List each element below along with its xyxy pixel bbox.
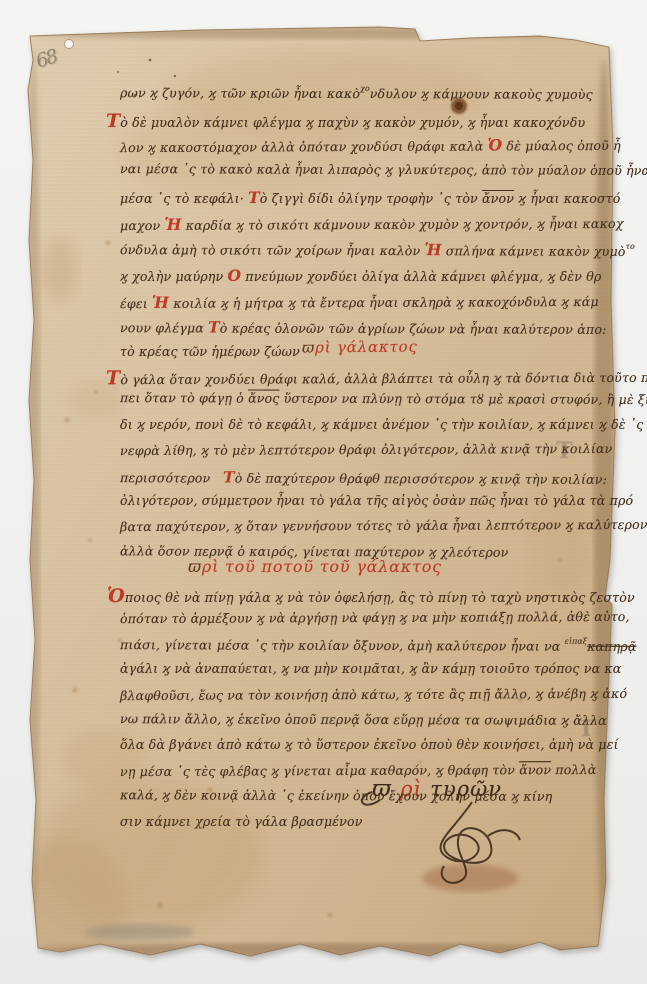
- manuscript-line: ὅλα δὰ βγάνει ἀπὸ κάτω ϗ τὸ ὕστερον ἐκεῖ…: [120, 737, 619, 752]
- manuscript-line: νῃ μέσα ᾿ς τὲς φλέβας ϗ γίνεται αἷμα καθ…: [120, 762, 596, 779]
- manuscript-line: ἀγάλι ϗ νὰ ἀναπαύεται, ϗ να μὴν κοιμᾶται…: [120, 661, 621, 676]
- manuscript-line: δι ϗ νερόν, πονὶ δὲ τὸ κεφάλι, ϗ κάμνει …: [120, 417, 647, 432]
- manuscript-line: ἀλλὰ ὅσον περνᾷ ὁ καιρός, γίνεται παχύτε…: [120, 543, 509, 559]
- manuscript-line: έφει Ἡ κοιλία ϗ ἡ μήτρα ϗ τὰ ἔντερα ἦναι…: [120, 291, 599, 312]
- manuscript-line: λον ϗ κακοστόμαχον ἀλλὰ ὁπόταν χονδύσι θ…: [120, 135, 621, 156]
- rubric-heading-on-milk: ϖρὶ γάλακτος: [302, 337, 418, 356]
- manuscript-line: καλά, ϗ δὲν κοινᾷ ἀλλὰ ᾿ς ἐκείνην ὁποὺ ἔ…: [120, 787, 552, 804]
- manuscript-line: πιάσι, γίνεται μέσα ᾿ς τὴν κοιλίαν ὄξυνο…: [120, 635, 637, 654]
- manuscript-line: ὁπόταν τὸ ἀρμέξουν ϗ νὰ ἀργήσῃ νὰ φάγῃ ϗ…: [120, 609, 630, 626]
- manuscript-line: σιν κάμνει χρεία τὸ γάλα βρασμένον: [120, 814, 363, 829]
- manuscript-line: τὸ κρέας τῶν ἡμέρων ζώων: [120, 344, 300, 359]
- manuscript-line: ὀλιγότερον, σύμμετρον ἦναι τὸ γάλα τῆς α…: [120, 493, 633, 508]
- manuscript-line: ναι μέσα ᾿ς τὸ κακὸ καλὰ ἦναι λιπαρὸς ϗ …: [120, 161, 647, 178]
- rubric-heading-on-drinking-milk: ϖρὶ τοῦ ποτοῦ τοῦ γάλακτος: [188, 557, 442, 576]
- manuscript-line: Ὁποιος θὲ νὰ πίνῃ γάλα ϗ νὰ τὸν ὀφελήσῃ,…: [107, 585, 635, 607]
- text-layer: ϖρὶ γάλακτος ϖρὶ τοῦ ποτοῦ τοῦ γάλακτος …: [0, 0, 647, 984]
- manuscript-line: όνδυλα ἀμὴ τὸ σικότι τῶν χοίρων ἦναι καλ…: [120, 239, 635, 260]
- manuscript-line: ϗ χολὴν μαύρην Ο πνεύμων χονδύει ὀλίγα ἀ…: [120, 266, 601, 285]
- manuscript-line: βλαφθοῦσι, ἕως να τὸν κοινήσῃ ἀπὸ κάτω, …: [120, 685, 627, 702]
- manuscript-line: νω πάλιν ἄλλο, ϗ ἐκεῖνο ὁποῦ περνᾷ ὅσα ε…: [120, 711, 607, 728]
- manuscript-line: ρων ϗ ζυγόν, ϗ τῶν κριῶν ἦναι κακὸχονδυλ…: [120, 83, 593, 102]
- manuscript-line: Τὸ δὲ μυαλὸν κάμνει φλέγμα ϗ παχὺν ϗ κακ…: [106, 110, 585, 132]
- manuscript-line: μέσα ᾿ς τὸ κεφάλι· Τὸ ζιγγὶ δίδι ὀλίγην …: [120, 188, 621, 207]
- scanned-manuscript-page: 68 T T ϖρὶ γάλακτος ϖρὶ τοῦ ποτοῦ τοῦ γά…: [0, 0, 647, 984]
- manuscript-line: νουν φλέγμα Τὸ κρέας ὁλονῶν τῶν ἀγρίων ζ…: [120, 317, 607, 338]
- manuscript-line: βατα παχύτερον, ϗ ὅταν γεννήσουν τότες τ…: [120, 517, 647, 534]
- manuscript-line: Τὸ γάλα ὅταν χονδύει θράφι καλά, ἀλλὰ βλ…: [106, 365, 647, 389]
- manuscript-line: μαχον Ἡ καρδία ϗ τὸ σικότι κάμνουν κακὸν…: [120, 213, 624, 234]
- manuscript-line: νεφρὰ λίθη, ϗ τὸ μὲν λεπτότερον θράφι ὀλ…: [120, 441, 612, 458]
- manuscript-line: πει ὅταν τὸ φάγῃ ὁ ἄνος ὕστερον να πλύνῃ…: [120, 390, 647, 407]
- manuscript-line: περισσότερον Τὸ δὲ παχύτερον θράφθ περισ…: [120, 467, 607, 488]
